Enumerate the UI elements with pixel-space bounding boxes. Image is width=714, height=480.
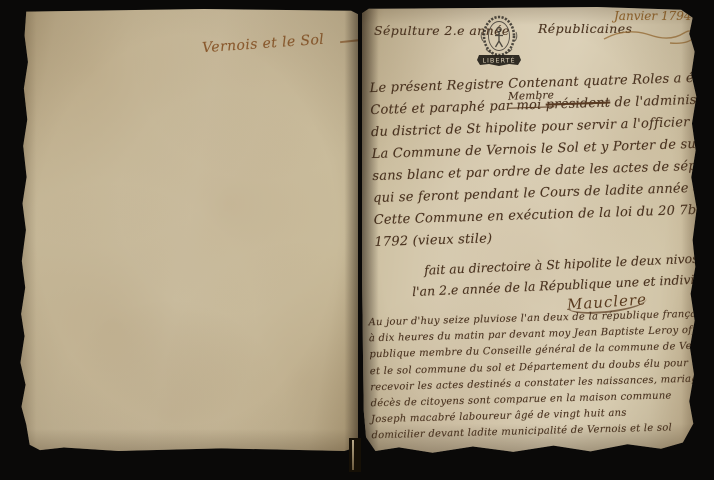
stamp-banner-text: LIBERTÉ <box>482 56 515 65</box>
opening-act: Le présent Registre Contenant quatre Rol… <box>369 68 696 254</box>
corner-flourish-icon <box>602 25 698 47</box>
left-page: Vernois et le Sol <box>16 9 358 451</box>
burial-lines: Au jour d'huy seize pluviose l'an deux d… <box>368 307 699 445</box>
inserted-word: Membre <box>508 84 555 108</box>
register-photo: Vernois et le Sol Sépulture 2.e année LI… <box>0 0 714 480</box>
liberty-stamp-icon: LIBERTÉ <box>474 13 524 75</box>
left-page-inscription: Vernois et le Sol <box>202 30 353 56</box>
corner-date: Janvier 1794 <box>614 9 692 23</box>
act-line-post: de l'administration <box>610 91 714 110</box>
right-page: Sépulture 2.e année LIBERTÉ Républicaine… <box>362 7 698 455</box>
binding-threads <box>349 438 361 472</box>
act-lines: du district de St hipolite pour servir a… <box>371 112 697 254</box>
struck-word: président <box>546 96 611 113</box>
burial-act: Au jour d'huy seize pluviose l'an deux d… <box>368 307 699 445</box>
